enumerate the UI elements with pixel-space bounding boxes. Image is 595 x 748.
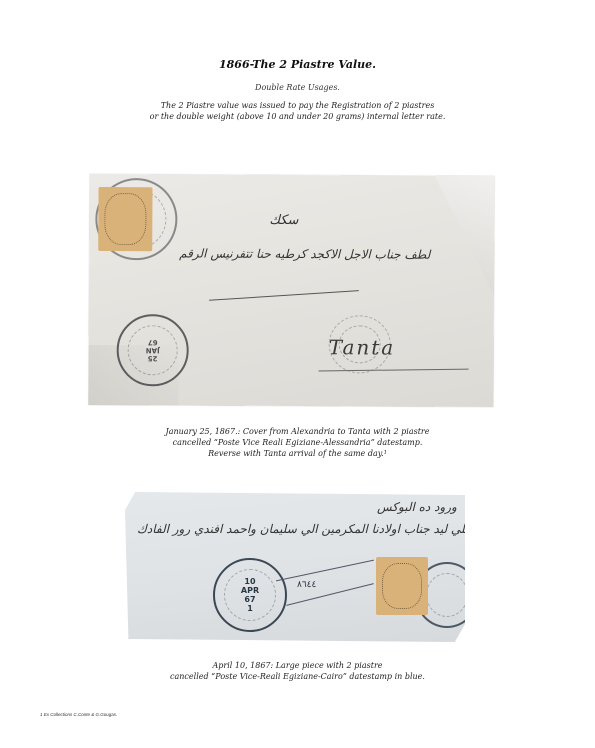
ink-stroke (276, 560, 374, 582)
caption-line: Reverse with Tanta arrival of the same d… (0, 448, 595, 459)
cancel-postmark-alessandria: 25 JAN 67 (116, 314, 188, 386)
ink-underline (209, 290, 359, 301)
manuscript-numerals: ٨٦٤٤ (297, 580, 316, 590)
postage-stamp-2-piastre (377, 558, 427, 614)
postmark-date: 10 APR 67 1 (215, 577, 285, 613)
caption-cover-1: January 25, 1867.: Cover from Alexandria… (0, 426, 595, 459)
caption-line: January 25, 1867.: Cover from Alexandria… (0, 426, 595, 437)
cover-image-alexandria-tanta: سكك لطف جناب الاجل الاكجد كرطيه حنا تتفر… (88, 174, 494, 407)
page-subtitle: Double Rate Usages. (0, 83, 595, 92)
address-tanta: Tanta (329, 335, 396, 359)
piece-image-cairo: ورود ده البوكس ويلي ليد جناب اولادنا الم… (125, 492, 465, 642)
manuscript-line: ورود ده البوكس (377, 500, 457, 514)
envelope-fold (434, 176, 495, 296)
intro-line: or the double weight (above 10 and under… (0, 111, 595, 122)
manuscript-line: سكك (269, 213, 298, 228)
intro-line: The 2 Piastre value was issued to pay th… (0, 100, 595, 111)
intro-text: The 2 Piastre value was issued to pay th… (0, 100, 595, 122)
caption-line: cancelled “Poste Vice Reali Egiziane-Ale… (0, 437, 595, 448)
caption-piece-2: April 10, 1867: Large piece with 2 piast… (0, 660, 595, 682)
postmark-date: 25 JAN 67 (119, 338, 187, 362)
ink-underline (319, 369, 469, 372)
footnote: 1 Ex Collections C.Conte & G.Gougas. (40, 712, 117, 717)
page-title: 1866-The 2 Piastre Value. (0, 58, 595, 71)
caption-line: April 10, 1867: Large piece with 2 piast… (0, 660, 595, 671)
manuscript-address: لطف جناب الاجل الاكجد كرطيه حنا تتفرنيس … (179, 246, 430, 261)
postage-stamp-2-piastre (99, 188, 151, 250)
caption-line: cancelled “Poste Vice-Reali Egiziane-Cai… (0, 671, 595, 682)
cancel-postmark-cairo: 10 APR 67 1 (213, 558, 287, 632)
manuscript-address: ويلي ليد جناب اولادنا المكرمين الي سليما… (137, 522, 474, 536)
